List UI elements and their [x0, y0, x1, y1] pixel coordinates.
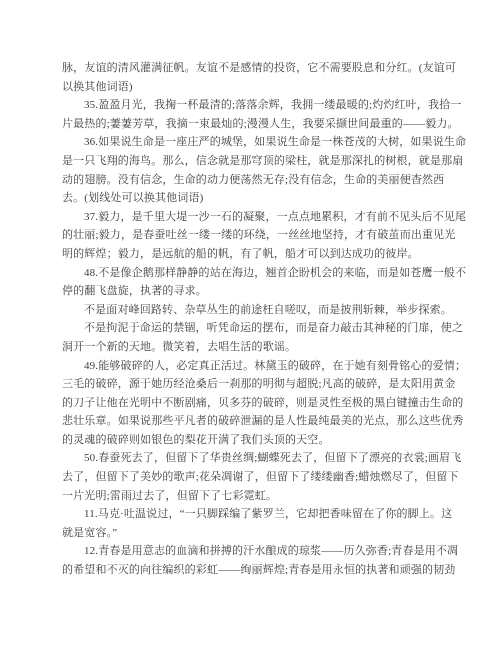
text-line: 37.毅力，是千里大堤一沙一石的凝聚，一点点地累积，才有前不见头后不见尾	[62, 208, 462, 227]
text-body: 脉，友谊的清风灌满征帆。友谊不是感情的投资，它不需要股息和分红。(友谊可以换其他…	[62, 59, 462, 580]
text-line: 三毛的破碎，源于她历经沧桑后一刹那的明彻与超脱;凡高的破碎，是太阳用黄金	[62, 375, 462, 394]
text-line: 50.春蚕死去了，但留下了华贵丝绸;蝴蝶死去了，但留下了漂亮的衣裳;画眉飞	[62, 449, 462, 468]
text-line: 的刀子让他在光明中不断剧痛，贝多芬的破碎，则是灵性至极的黑白键撞击生命的	[62, 394, 462, 413]
text-line: 36.如果说生命是一座庄严的城堡，如果说生命是一株苍茂的大树，如果说生命	[62, 133, 462, 152]
text-line: 就是宽容。”	[62, 524, 462, 543]
text-line: 去。(划线处可以换其他词语)	[62, 189, 462, 208]
text-line: 一片光明;雷雨过去了，但留下了七彩霓虹。	[62, 487, 462, 506]
text-line: 脉，友谊的清风灌满征帆。友谊不是感情的投资，它不需要股息和分红。(友谊可	[62, 59, 462, 78]
text-line: 的希望和不灭的向往编织的彩虹——绚丽辉煌;青春是用永恒的执著和顽强的韧劲	[62, 561, 462, 580]
text-line: 以换其他词语)	[62, 78, 462, 97]
text-line: 不是面对峰回路转、杂草丛生的前途枉自嗟叹，而是披荆斩棘，举步探索。	[62, 301, 462, 320]
text-line: 是一只飞翔的海鸟。那么，信念就是那穹顶的梁柱，就是那深扎的树根，就是那扇	[62, 152, 462, 171]
text-line: 片最热的;萋萋芳草，我摘一束最灿的;漫漫人生，我要采撷世间最重的——毅力。	[62, 115, 462, 134]
text-line: 的壮丽;毅力，是春蚕吐丝一缕一缕的环绕，一丝丝地坚持，才有破茧而出重见光	[62, 226, 462, 245]
text-line: 11.马克·吐温说过，“一只脚踩编了紫罗兰，它却把香味留在了你的脚上。这	[62, 505, 462, 524]
text-line: 35.盈盈月光，我掬一杯最清的;落落余辉，我拥一缕最暖的;灼灼红叶，我拾一	[62, 96, 462, 115]
text-line: 的灵魂的破碎则如银色的梨花开满了我们头顶的天空。	[62, 431, 462, 450]
text-line: 48.不是像企鹅那样静静的站在海边，翘首企盼机会的来临，而是如苍鹰一般不	[62, 264, 462, 283]
text-line: 动的翅膀。没有信念，生命的动力便荡然无存;没有信念，生命的美丽便杳然西	[62, 171, 462, 190]
text-line: 12.青春是用意志的血滴和拼搏的汗水酿成的琼浆——历久弥香;青春是用不凋	[62, 542, 462, 561]
document-page: 脉，友谊的清风灌满征帆。友谊不是感情的投资，它不需要股息和分红。(友谊可以换其他…	[0, 0, 500, 647]
text-line: 去了，但留下了美妙的歌声;花朵凋谢了，但留下了缕缕幽香;蜡烛燃尽了，但留下	[62, 468, 462, 487]
text-line: 停的翻飞盘旋，执著的寻求。	[62, 282, 462, 301]
text-line: 悲壮乐章。如果说那些平凡者的破碎泄漏的是人性最纯最美的光点，那么这些优秀	[62, 412, 462, 431]
text-line: 明的辉煌；毅力，是远航的船的帆，有了帆，船才可以到达成功的彼岸。	[62, 245, 462, 264]
text-line: 洞开一个新的天地。微笑着，去唱生活的歌谣。	[62, 338, 462, 357]
text-line: 不是拘泥于命运的禁锢，听凭命运的摆布，而是奋力敲击其神秘的门扉，使之	[62, 319, 462, 338]
text-line: 49.能够破碎的人，必定真正活过。林黛玉的破碎，在于她有刻骨铭心的爱情；	[62, 357, 462, 376]
